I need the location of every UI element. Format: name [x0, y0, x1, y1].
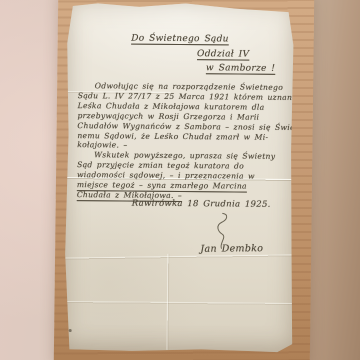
signature: Jan Dembko [200, 243, 263, 255]
photo-of-document: Do Świetnego Sądu Oddział IV w Samborze … [0, 0, 360, 360]
letter-body: Odwołując się na rozporządzenie Świetneg… [77, 81, 290, 202]
address-court-division: Oddział IV [197, 49, 249, 59]
place-and-date-line: Rawirówka 18 Grudnia 1925. [132, 199, 271, 210]
fold-crease-vertical [166, 254, 169, 350]
paper-stain [69, 329, 72, 332]
fold-crease-bottom [63, 301, 294, 306]
fold-crease-lower [63, 254, 294, 260]
address-court-city: w Samborze ! [206, 63, 275, 74]
paper-sheet: Do Świetnego Sądu Oddział IV w Samborze … [62, 1, 296, 354]
address-court-name: Do Świetnego Sądu [131, 34, 229, 45]
